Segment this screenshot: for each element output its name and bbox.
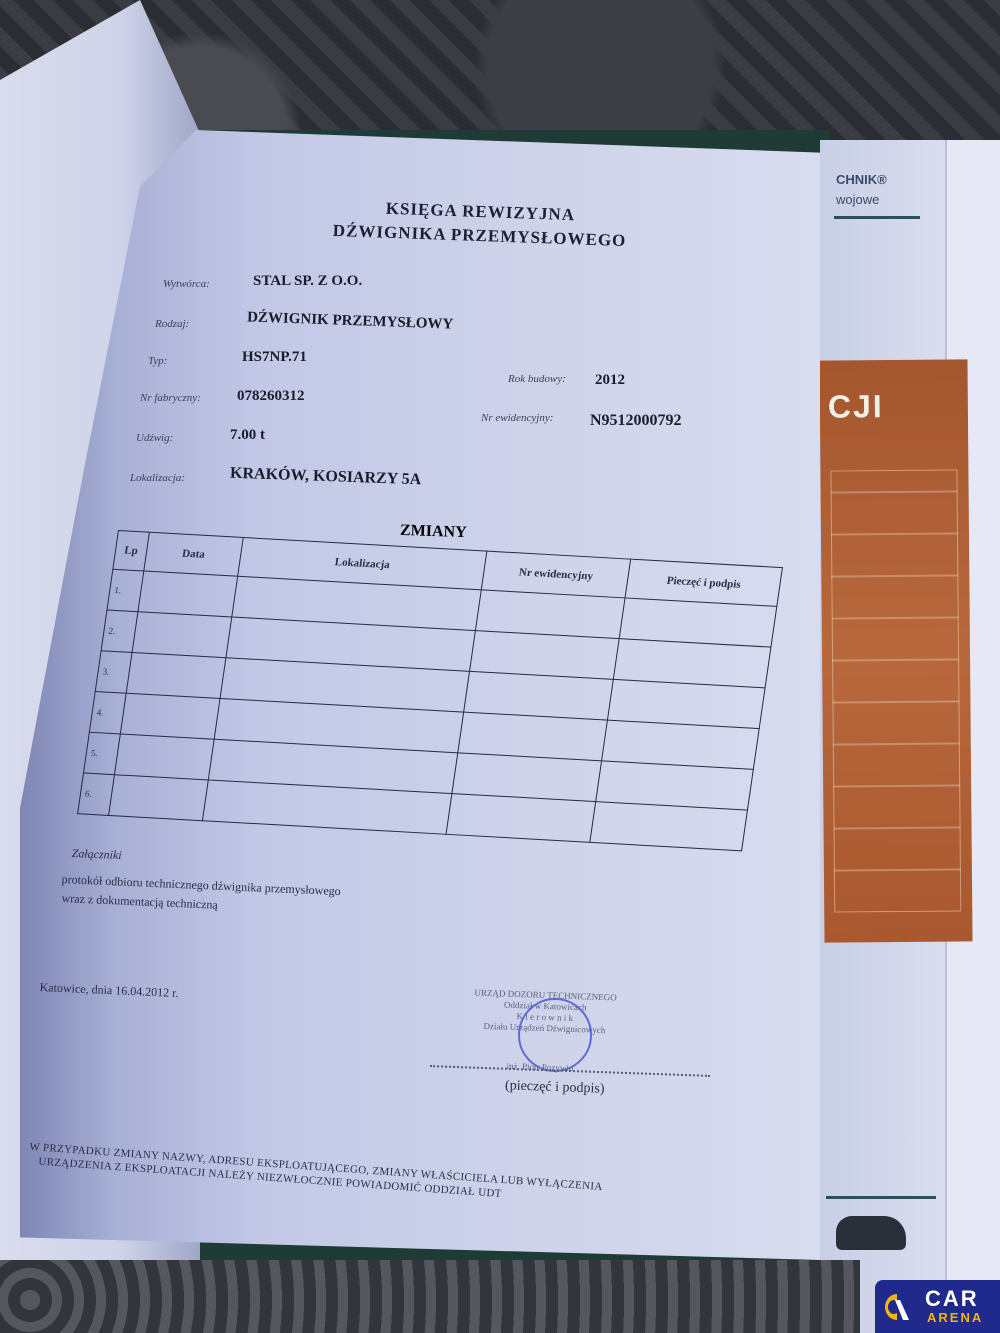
brochure: CJI: [819, 359, 972, 942]
label-typ: Typ:: [148, 355, 167, 367]
cell-podpis: [590, 802, 748, 851]
right-sheet-divider: [834, 216, 920, 219]
cell-data: [132, 612, 232, 658]
cell-data: [126, 652, 226, 698]
car-arena-watermark: CAR ARENA: [875, 1280, 1000, 1333]
car-arena-logo-icon: [885, 1292, 909, 1322]
logo-word-car: CAR: [925, 1286, 979, 1312]
value-nr-ewidencyjny: N9512000792: [590, 412, 682, 430]
cell-data: [114, 734, 214, 780]
label-udzwig: Udźwig:: [136, 432, 173, 444]
label-wytworca: Wytwórca:: [163, 278, 210, 290]
col-data: Data: [144, 532, 243, 576]
value-nr-fabryczny: 078260312: [237, 388, 305, 405]
car-image: [836, 1216, 906, 1250]
crane-sketch-image: [830, 469, 961, 912]
floor-mat: [0, 1260, 860, 1333]
value-rok-budowy: 2012: [595, 372, 625, 389]
value-wytworca: STAL SP. Z O.O.: [253, 273, 362, 290]
label-lokalizacja: Lokalizacja:: [130, 472, 185, 484]
right-sheet-divider-bottom: [826, 1196, 936, 1199]
attachments-label: Załączniki: [71, 846, 122, 863]
label-rok-budowy: Rok budowy:: [508, 373, 566, 385]
changes-heading: ZMIANY: [400, 522, 467, 542]
value-udzwig: 7.00 t: [230, 427, 265, 444]
changes-table: Lp Data Lokalizacja Nr ewidencyjny Piecz…: [75, 530, 783, 865]
right-sheet-subtitle: wojowe: [836, 192, 879, 207]
logo-word-arena: ARENA: [927, 1310, 983, 1325]
label-nr-ewidencyjny: Nr ewidencyjny:: [481, 412, 553, 424]
cell-data: [120, 693, 220, 739]
value-typ: HS7NP.71: [242, 349, 307, 366]
label-nr-fabryczny: Nr fabryczny:: [140, 392, 201, 404]
right-sheet-brand: CHNIK®: [836, 172, 887, 187]
cell-data: [109, 775, 209, 821]
label-rodzaj: Rodzaj:: [155, 318, 189, 330]
cell-data: [138, 571, 238, 617]
brochure-title: CJI: [828, 388, 884, 425]
signature-label: (pieczęć i podpis): [505, 1078, 605, 1097]
cell-nr: [446, 794, 596, 843]
